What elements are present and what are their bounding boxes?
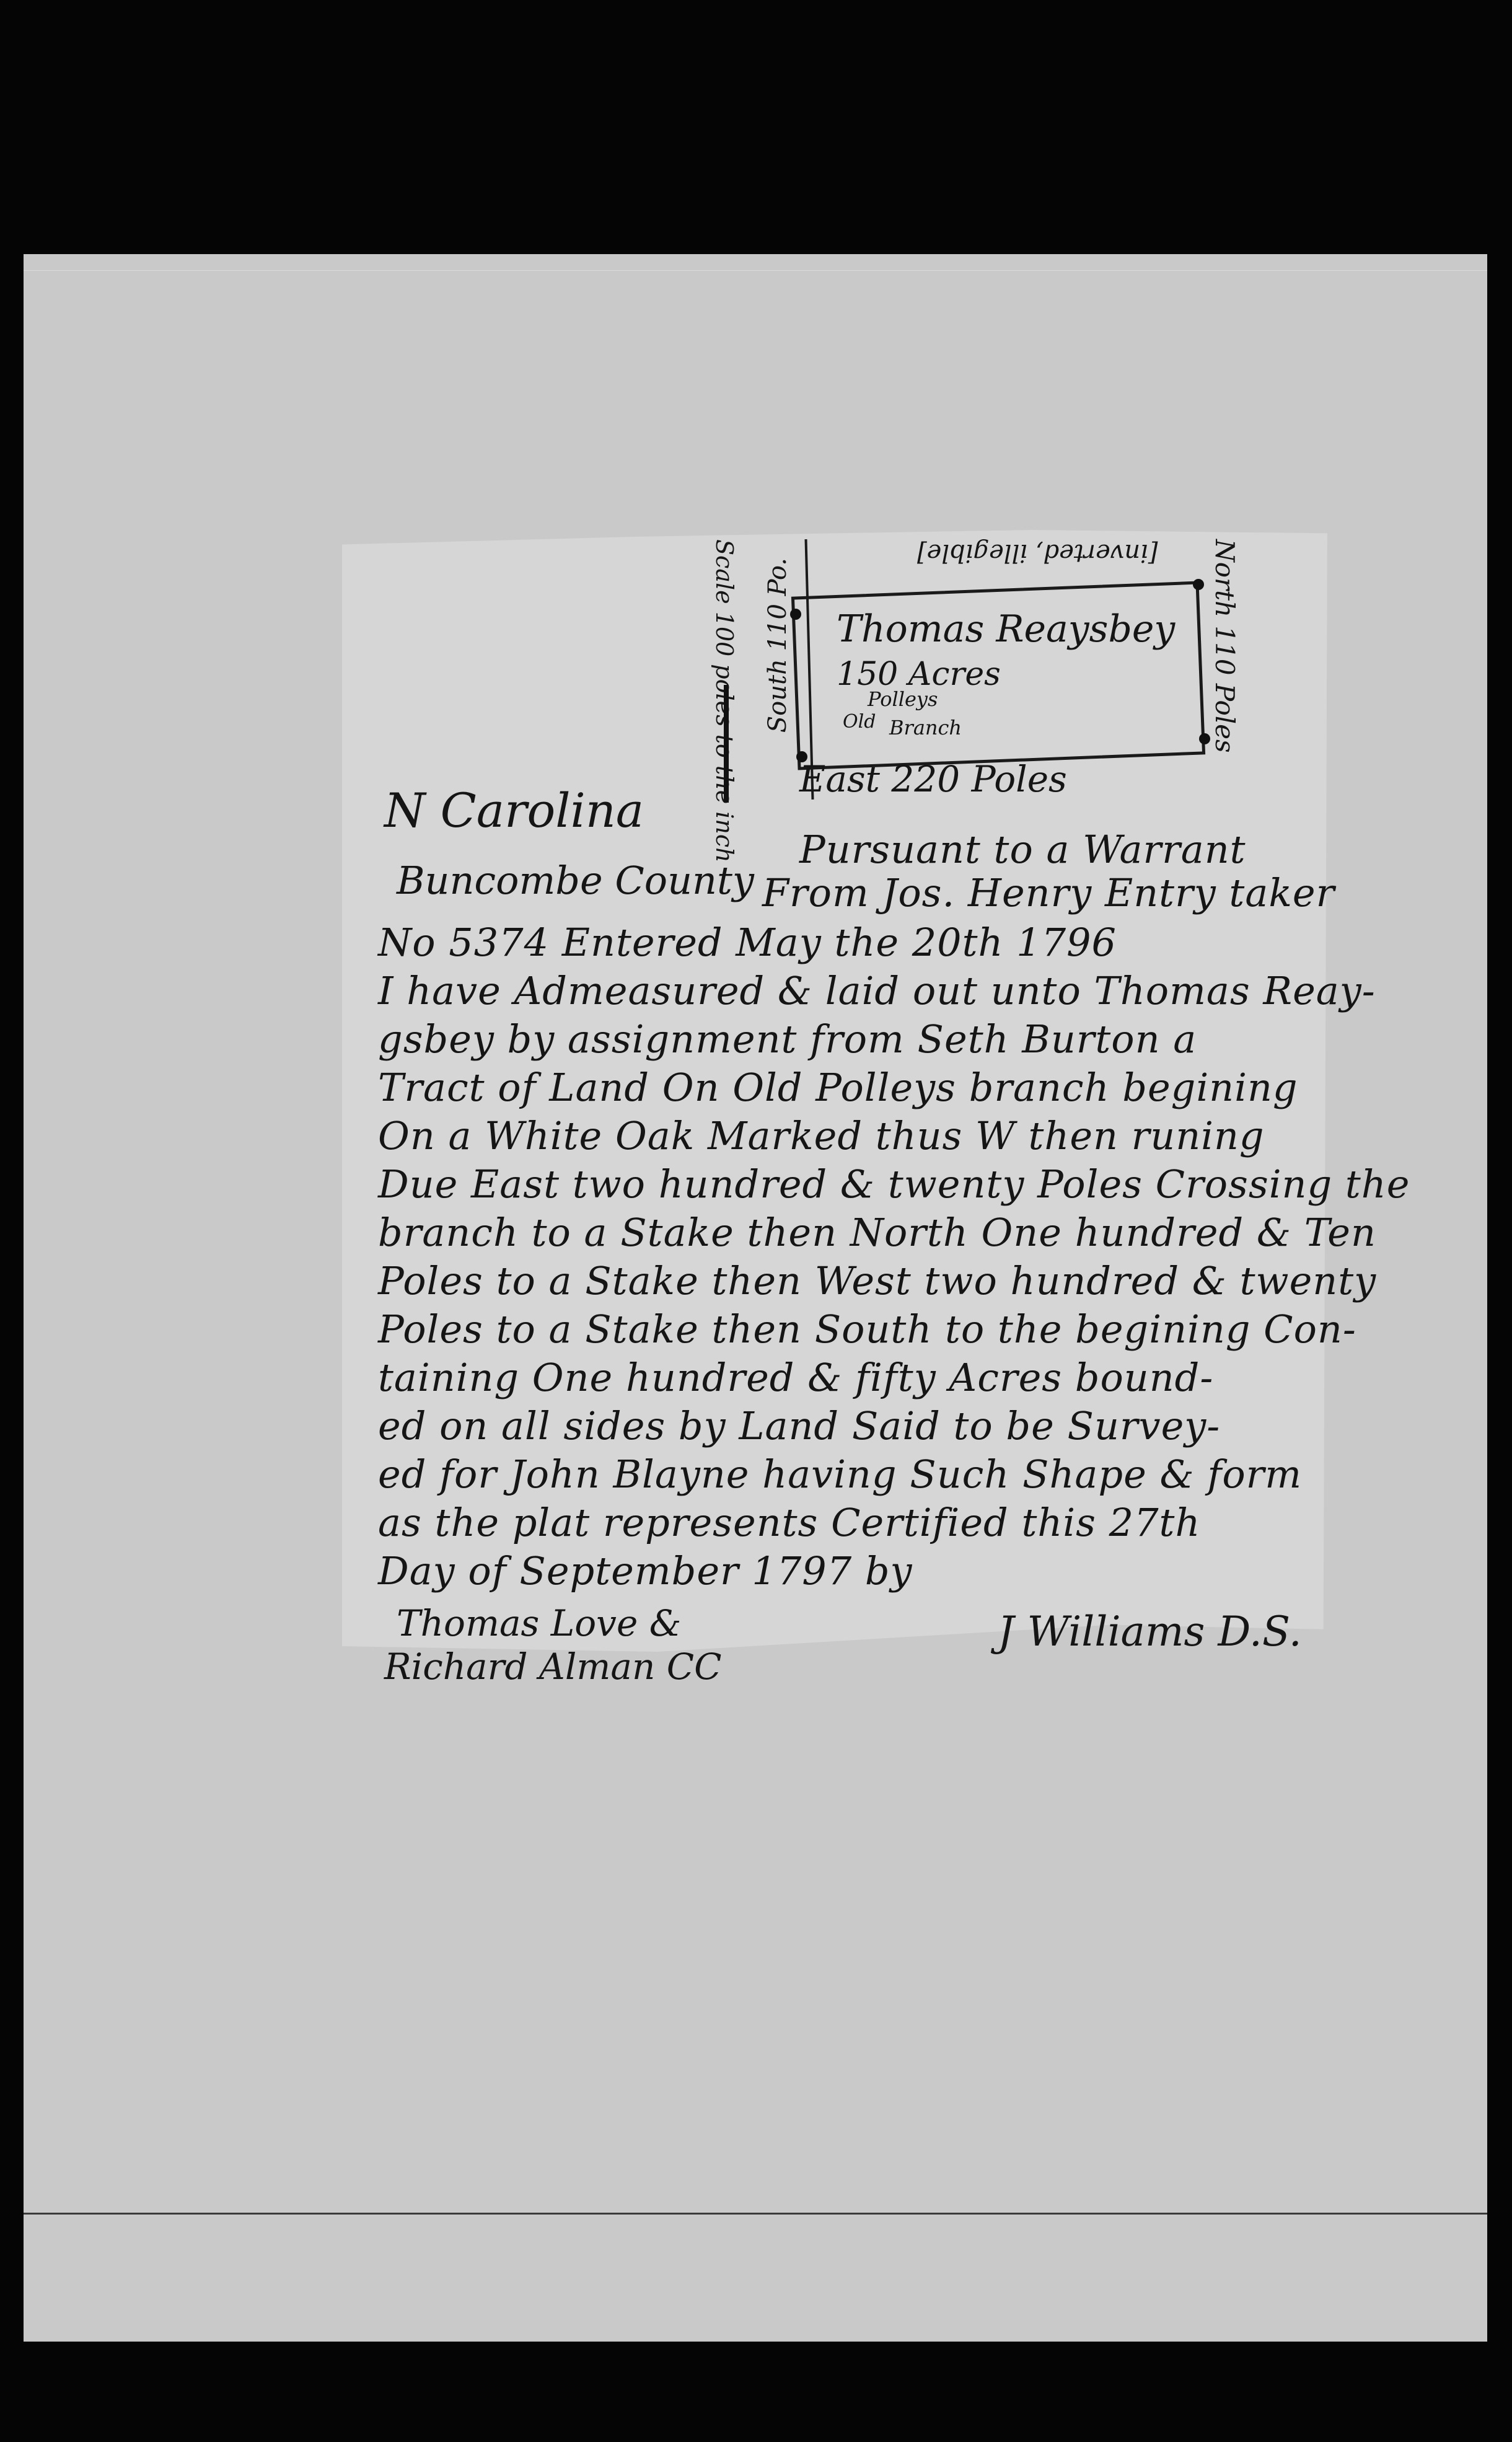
plat-bottom-call: East 220 Poles	[799, 761, 1067, 797]
body-line: gsbey by assignment from Seth Burton a	[378, 1020, 1197, 1059]
body-line: as the plat represents Certified this 27…	[378, 1504, 1200, 1542]
body-line: From Jos. Henry Entry taker	[762, 874, 1335, 912]
plat-corner-marker	[1193, 579, 1204, 590]
body-line: Pursuant to a Warrant	[799, 831, 1246, 869]
body-line: No 5374 Entered May the 20th 1796	[378, 923, 1117, 962]
chain-carrier-name: Richard Alman CC	[384, 1649, 722, 1685]
document-state-heading: N Carolina	[384, 787, 644, 834]
body-line: Day of September 1797 by	[378, 1552, 913, 1590]
document-county-heading: Buncombe County	[397, 862, 754, 900]
plat-acreage: 150 Acres	[837, 658, 1001, 690]
plat-watercourse-label: Polleys	[868, 689, 938, 709]
body-line: Poles to a Stake then West two hundred &…	[378, 1262, 1376, 1300]
body-line: Due East two hundred & twenty Poles Cros…	[378, 1165, 1410, 1204]
body-line: ed for John Blayne having Such Shape & f…	[378, 1455, 1302, 1494]
body-line: On a White Oak Marked thus W then runing	[378, 1117, 1265, 1155]
plat-watercourse-label: Old	[843, 713, 876, 731]
body-line: branch to a Stake then North One hundred…	[378, 1214, 1376, 1252]
plat-right-call: North 110 Poles	[1211, 539, 1237, 753]
plat-left-call: South 110 Po.	[765, 558, 790, 733]
body-line: taining One hundred & fifty Acres bound-	[378, 1359, 1213, 1397]
plat-owner-name: Thomas Reaysbey	[837, 610, 1175, 648]
surveyor-signature: J Williams D.S.	[998, 1611, 1302, 1652]
chain-carrier-name: Thomas Love &	[397, 1605, 681, 1641]
body-line: Tract of Land On Old Polleys branch begi…	[378, 1069, 1298, 1107]
sheet-rule-line	[24, 2213, 1487, 2215]
sheet-crease	[24, 270, 1487, 271]
body-line: I have Admeasured & laid out unto Thomas…	[378, 972, 1376, 1010]
plat-corner-marker	[1199, 733, 1210, 744]
margin-rule-mark	[724, 685, 729, 803]
body-line: ed on all sides by Land Said to be Surve…	[378, 1407, 1220, 1445]
plat-top-call-inverted: [inverted, illegible]	[917, 540, 1158, 565]
body-line: Poles to a Stake then South to the begin…	[378, 1310, 1356, 1349]
plat-watercourse-label: Branch	[889, 718, 962, 738]
